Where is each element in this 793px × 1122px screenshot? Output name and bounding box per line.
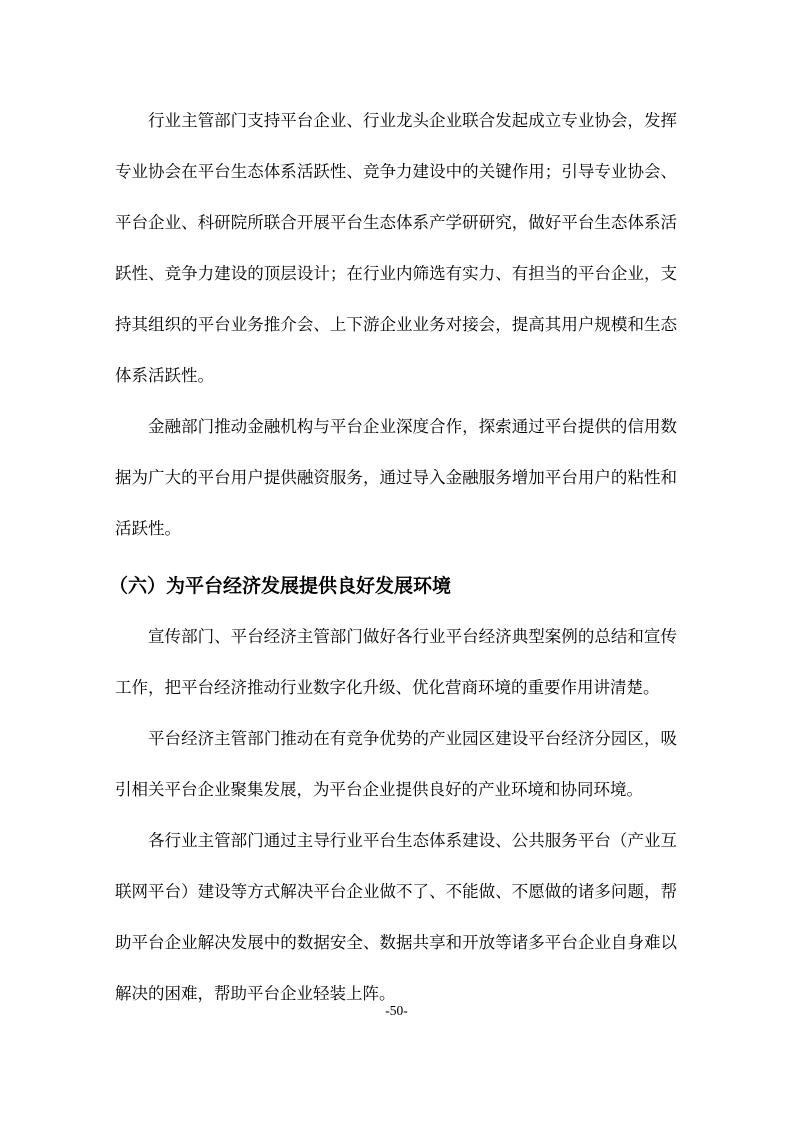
text-line: 工作，把平台经济推动行业数字化升级、优化营商环境的重要作用讲清楚。 (115, 663, 677, 714)
text-line: 平台经济主管部门推动在有竞争优势的产业园区建设平台经济分园区，吸 (115, 714, 677, 765)
paragraph: 金融部门推动金融机构与平台企业深度合作，探索通过平台提供的信用数据为广大的平台用… (115, 402, 677, 555)
text-line: 金融部门推动金融机构与平台企业深度合作，探索通过平台提供的信用数 (115, 402, 677, 453)
text-line: 平台企业、科研院所联合开展平台生态体系产学研研究，做好平台生态体系活 (115, 198, 677, 249)
text-line: 体系活跃性。 (115, 351, 677, 402)
document-page: 行业主管部门支持平台企业、行业龙头企业联合发起成立专业协会，发挥专业协会在平台生… (0, 0, 793, 1122)
paragraph: 各行业主管部门通过主导行业平台生态体系建设、公共服务平台（产业互联网平台）建设等… (115, 816, 677, 1020)
text-line: （六）为平台经济发展提供良好发展环境 (109, 561, 677, 612)
text-line: 联网平台）建设等方式解决平台企业做不了、不能做、不愿做的诸多问题，帮 (115, 867, 677, 918)
page-number: -50- (0, 1001, 793, 1021)
text-line: 活跃性。 (115, 504, 677, 555)
document-body: 行业主管部门支持平台企业、行业龙头企业联合发起成立专业协会，发挥专业协会在平台生… (115, 96, 677, 1020)
text-line: 引相关平台企业聚集发展，为平台企业提供良好的产业环境和协同环境。 (115, 765, 677, 816)
text-line: 跃性、竞争力建设的顶层设计；在行业内筛选有实力、有担当的平台企业，支 (115, 249, 677, 300)
text-line: 持其组织的平台业务推介会、上下游企业业务对接会，提高其用户规模和生态 (115, 300, 677, 351)
paragraph: 平台经济主管部门推动在有竞争优势的产业园区建设平台经济分园区，吸引相关平台企业聚… (115, 714, 677, 816)
text-line: 行业主管部门支持平台企业、行业龙头企业联合发起成立专业协会，发挥 (115, 96, 677, 147)
paragraph: 宣传部门、平台经济主管部门做好各行业平台经济典型案例的总结和宣传工作，把平台经济… (115, 612, 677, 714)
text-line: 宣传部门、平台经济主管部门做好各行业平台经济典型案例的总结和宣传 (115, 612, 677, 663)
section-heading: （六）为平台经济发展提供良好发展环境 (115, 561, 677, 612)
paragraph: 行业主管部门支持平台企业、行业龙头企业联合发起成立专业协会，发挥专业协会在平台生… (115, 96, 677, 402)
text-line: 据为广大的平台用户提供融资服务，通过导入金融服务增加平台用户的粘性和 (115, 453, 677, 504)
text-line: 各行业主管部门通过主导行业平台生态体系建设、公共服务平台（产业互 (115, 816, 677, 867)
text-line: 助平台企业解决发展中的数据安全、数据共享和开放等诸多平台企业自身难以 (115, 918, 677, 969)
text-line: 专业协会在平台生态体系活跃性、竞争力建设中的关键作用；引导专业协会、 (115, 147, 677, 198)
